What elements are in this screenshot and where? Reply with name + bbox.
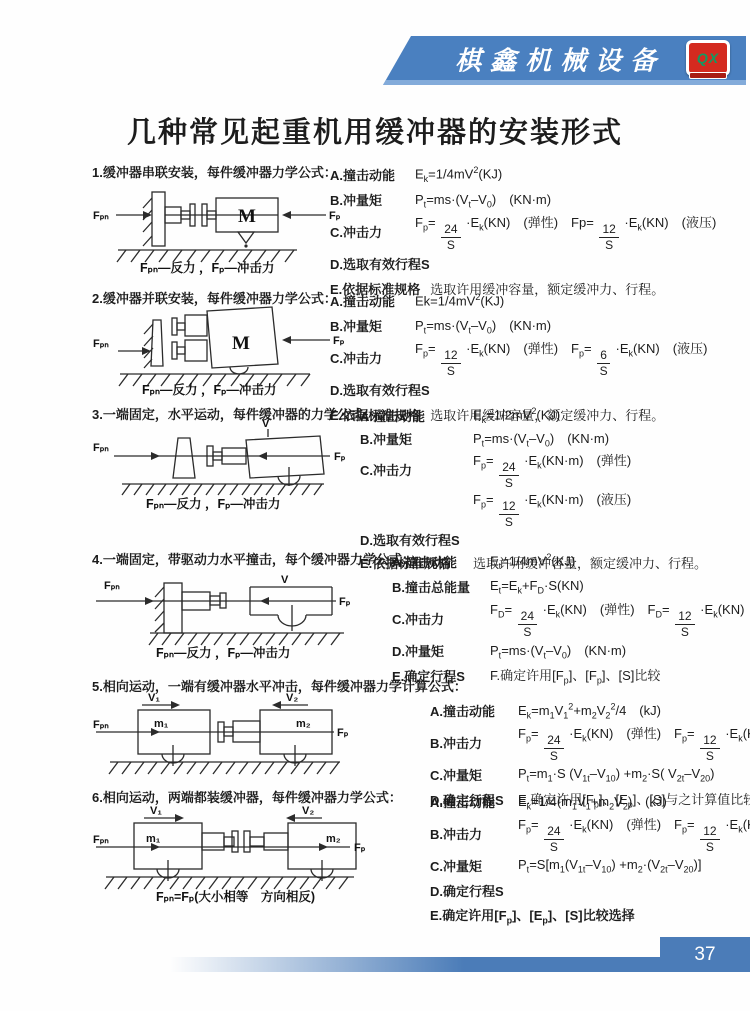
diagram-opposed-one-buffer: V₁ V₂ m₁ m₂ Fₚₙ Fₚ: [92, 690, 357, 782]
mass-label-m1: m₁: [146, 833, 161, 845]
force-label-fpn: Fₚₙ: [93, 719, 109, 731]
section-heading: 1.缓冲器串联安装，每件缓冲器力学公式：: [92, 162, 337, 181]
formula-expression: FD= 24S ·Ek(KN) (弹性) FD= 12S ·Ek(KN) (液压…: [490, 599, 750, 638]
velocity-label: V: [262, 418, 270, 430]
brand-banner: 棋鑫机械设备 QX: [383, 36, 746, 85]
formula-label: C.冲击力: [330, 348, 405, 367]
formula-line: B.冲量矩 Pt=ms·(Vt–V0) (KN·m): [360, 427, 707, 450]
mass-label-m2: m₂: [296, 718, 311, 730]
formula-label: D.选取有效行程S: [330, 380, 430, 399]
fixed-block: [173, 438, 195, 478]
diagram-caption: Fₚₙ—反力 ，Fₚ—冲击力: [146, 496, 280, 511]
formula-expression: Fp= 12S ·Ek(KN·m) (液压): [473, 489, 631, 528]
formula-line: D.冲量矩 Pt=ms·(Vt–V0) (KN·m): [392, 638, 750, 663]
formula-label: B.冲量矩: [330, 190, 405, 209]
formula-list: A.撞击动能 Ek=1/4mV2(KJ) B.冲量矩 Pt=ms·(Vt–V0)…: [330, 162, 716, 301]
formula-label: B.冲击力: [430, 733, 508, 752]
formula-label: C.冲量矩: [430, 856, 508, 875]
formula-expression: Fp= 24S ·Ek(KN) (弹性) Fp= 12S ·Ek(KN) (液压…: [518, 814, 750, 853]
force-label-fpn: Fₚₙ: [93, 442, 109, 454]
force-label-fp: Fₚ: [334, 451, 346, 463]
formula-expression: Pt=ms·(Vt–V0) (KN·m): [490, 640, 626, 661]
diagram-caption: Fₚₙ—反力 ，Fₚ—冲击力: [140, 260, 274, 275]
formula-line: C.冲击力 Fp= 24S ·Ek(KN·m) (弹性): [360, 450, 707, 489]
formula-expression: F.确定许用[Fp]、[Fp]、[S]比较: [490, 665, 660, 686]
formula-label: C.冲击力: [392, 609, 480, 628]
formula-expression: Pt=ms·(Vt–V0) (KN·m): [473, 428, 609, 449]
formula-label: C.冲量矩: [430, 765, 508, 784]
formula-label: A.撞击动能: [330, 291, 405, 310]
brand-logo: QX: [686, 40, 730, 76]
formula-line: D.选取有效行程S: [330, 251, 716, 276]
section-heading: 4.一端固定，带驱动力水平撞击，每个缓冲器力学公式：: [92, 549, 415, 568]
page-title: 几种常见起重机用缓冲器的安装形式: [0, 110, 750, 151]
wall-hatch: [143, 198, 152, 246]
mass-label: M: [238, 206, 256, 227]
wheel: [238, 232, 254, 243]
moving-block: [246, 436, 324, 478]
footer-accent-bar: [170, 957, 660, 972]
force-label-fpn: Fₚₙ: [104, 580, 120, 592]
force-label-fpn: Fₚₙ: [93, 338, 109, 350]
formula-line: A.撞击动能 Ek=1/2mV2(KJ): [360, 404, 707, 427]
formula-list: A.撞击动能 Et=1/4mV2(KJ) B.撞击总能量 Et=Ek+FD·S(…: [392, 549, 750, 688]
formula-expression: Ek=1/4mV2(KJ): [415, 292, 504, 308]
ground-hatch: [122, 484, 322, 495]
diagram-opposed-two-buffers: V₁ V₂ m₁ m₂ Fₚₙ Fₚ Fₚₙ=Fₚ(大小相等 方向相反): [92, 803, 372, 908]
formula-expression: Ek=m1V12+m2V22/4 (kJ): [518, 700, 661, 721]
diagram-caption: Fₚₙ—反力 ，Fₚ—冲击力: [142, 382, 276, 397]
formula-line: D.确定行程S: [430, 878, 750, 903]
formula-label: B.冲量矩: [360, 429, 463, 448]
formula-line: B.撞击总能量 Et=Ek+FD·S(KN): [392, 574, 750, 599]
velocity-label: V: [281, 574, 289, 586]
formula-line: B.冲击力 Fp= 24S ·Ek(KN) (弹性) Fp= 12S ·Ek(K…: [430, 814, 750, 853]
formula-expression: Fp= 24S ·Ek(KN) (弹性) Fp= 12S ·Ek(KN) (液压…: [518, 723, 750, 762]
formula-expression: Pt=ms·(Vt–V0) (KN·m): [415, 315, 551, 336]
force-label-fpn: Fₚₙ: [93, 210, 109, 222]
formula-line: C.冲击力 FD= 24S ·Ek(KN) (弹性) FD= 12S ·Ek(K…: [392, 599, 750, 638]
formula-label: B.冲量矩: [330, 316, 405, 335]
formula-list: A.撞击动能 Ek=1/4(m1V1+m2V2) (kJ) B.冲击力 Fp= …: [430, 789, 750, 928]
formula-label: D.选取有效行程S: [360, 530, 463, 549]
force-label-fp: Fₚ: [337, 727, 349, 739]
formula-expression: Ek=1/4mV2(KJ): [415, 165, 502, 184]
diagram-series-buffer: M Fₚₙ Fₚ Fₚₙ—反力 ，Fₚ—冲击力: [92, 186, 342, 278]
document-page: 棋鑫机械设备 QX 几种常见起重机用缓冲器的安装形式 1.缓冲器串联安装，每件缓…: [0, 0, 750, 1011]
diagram-driven-impact: Fₚₙ V Fₚ Fₚₙ—反力 ，Fₚ—冲击力: [92, 571, 357, 666]
wheel: [230, 367, 248, 374]
formula-line: A.撞击动能 Ek=1/4(m1V1+m2V2) (kJ): [430, 789, 750, 814]
formula-expression: Et=Ek+FD·S(KN): [490, 578, 584, 596]
stamp-icon: QX: [686, 40, 730, 76]
formula-line: C.冲击力 Fp= 12S ·Ek(KN) (弹性) Fp= 6S ·Ek(KN…: [330, 338, 707, 377]
formula-line: Fp= 12S ·Ek(KN·m) (液压): [360, 489, 707, 528]
formula-expression: Ek=1/2mV2(KJ): [473, 406, 560, 425]
force-label-fp: Fₚ: [339, 596, 351, 608]
formula-label: D.确定行程S: [430, 881, 508, 900]
formula-expression: Pt=S[m1(V1t–V10) +m2·(V2t–V20)]: [518, 857, 701, 875]
formula-line: D.选取有效行程S: [360, 528, 707, 551]
formula-expression: Fp= 12S ·Ek(KN) (弹性) Fp= 6S ·Ek(KN) (液压): [415, 338, 707, 377]
formula-label: D.冲量矩: [392, 641, 480, 660]
formula-line: A.撞击动能 Et=1/4mV2(KJ): [392, 549, 750, 574]
logo-text: QX: [697, 50, 719, 66]
formula-label: D.选取有效行程S: [330, 254, 430, 273]
ground-hatch: [105, 877, 348, 889]
formula-line: A.撞击动能 Ek=1/4mV2(KJ): [330, 162, 716, 187]
formula-line: A.撞击动能 Ek=m1V12+m2V22/4 (kJ): [430, 698, 750, 723]
formula-label: A.撞击动能: [330, 165, 405, 184]
diagram-caption: Fₚₙ—反力 ，Fₚ—冲击力: [156, 645, 290, 660]
ground-hatch: [109, 762, 339, 774]
formula-label: A.撞击动能: [360, 406, 463, 425]
velocity-label-v1: V₁: [150, 805, 162, 817]
formula-label: E.确定许用[Fp]、[Ep]、[S]比较选择: [430, 905, 635, 926]
formula-expression: Fp= 24S ·Ek(KN·m) (弹性): [473, 450, 631, 489]
page-number: 37: [660, 937, 750, 972]
formula-expression: Et=1/4mV2(KJ): [490, 552, 575, 571]
formula-line: D.选取有效行程S: [330, 377, 707, 402]
mass-label-m2: m₂: [326, 833, 341, 845]
formula-line: C.冲量矩 Pt=m1·S (V1t–V10) +m2·S( V2t–V20): [430, 762, 750, 787]
wall-hatch: [155, 587, 164, 632]
formula-label: B.冲击力: [430, 824, 508, 843]
formula-expression: Fp= 24S ·Ek(KN) (弹性) Fp= 12S ·Ek(KN) (液压…: [415, 212, 716, 251]
brand-name: 棋鑫机械设备: [455, 40, 665, 77]
wall: [164, 583, 182, 633]
formula-label: A.撞击动能: [392, 552, 480, 571]
diagram-caption: Fₚₙ=Fₚ(大小相等 方向相反): [156, 889, 315, 904]
diagram-parallel-buffer: M Fₚₙ Fₚ Fₚₙ—反力 ，Fₚ—冲击力: [92, 304, 347, 399]
wall: [151, 320, 163, 366]
ground-hatch: [149, 633, 340, 645]
mass-label-m1: m₁: [154, 718, 169, 730]
formula-line: E.确定许用[Fp]、[Ep]、[S]比较选择: [430, 903, 750, 928]
formula-label: C.冲击力: [360, 460, 463, 479]
formula-label: C.冲击力: [330, 222, 405, 241]
velocity-label-v2: V₂: [286, 692, 298, 704]
formula-line: A.撞击动能 Ek=1/4mV2(KJ): [330, 288, 707, 313]
formula-label: B.撞击总能量: [392, 577, 480, 596]
formula-line: B.冲击力 Fp= 24S ·Ek(KN) (弹性) Fp= 12S ·Ek(K…: [430, 723, 750, 762]
formula-line: C.冲击力 Fp= 24S ·Ek(KN) (弹性) Fp= 12S ·Ek(K…: [330, 212, 716, 251]
formula-label: A.撞击动能: [430, 792, 508, 811]
formula-label: A.撞击动能: [430, 701, 508, 720]
formula-expression: Pt=ms·(Vt–V0) (KN·m): [415, 189, 551, 210]
formula-expression: Pt=m1·S (V1t–V10) +m2·S( V2t–V20): [518, 766, 714, 784]
formula-expression: Ek=1/4(m1V1+m2V2) (kJ): [518, 791, 667, 812]
velocity-label-v2: V₂: [302, 805, 314, 817]
formula-line: B.冲量矩 Pt=ms·(Vt–V0) (KN·m): [330, 313, 707, 338]
force-label-fp: Fₚ: [354, 842, 366, 854]
force-label-fpn: Fₚₙ: [93, 834, 109, 846]
diagram-one-end-fixed: V Fₚₙ Fₚ Fₚₙ—反力 ，Fₚ—冲击力: [92, 416, 347, 518]
velocity-label-v1: V₁: [148, 692, 160, 704]
mass-label: M: [232, 333, 250, 354]
formula-line: C.冲量矩 Pt=S[m1(V1t–V10) +m2·(V2t–V20)]: [430, 853, 750, 878]
formula-line: B.冲量矩 Pt=ms·(Vt–V0) (KN·m): [330, 187, 716, 212]
